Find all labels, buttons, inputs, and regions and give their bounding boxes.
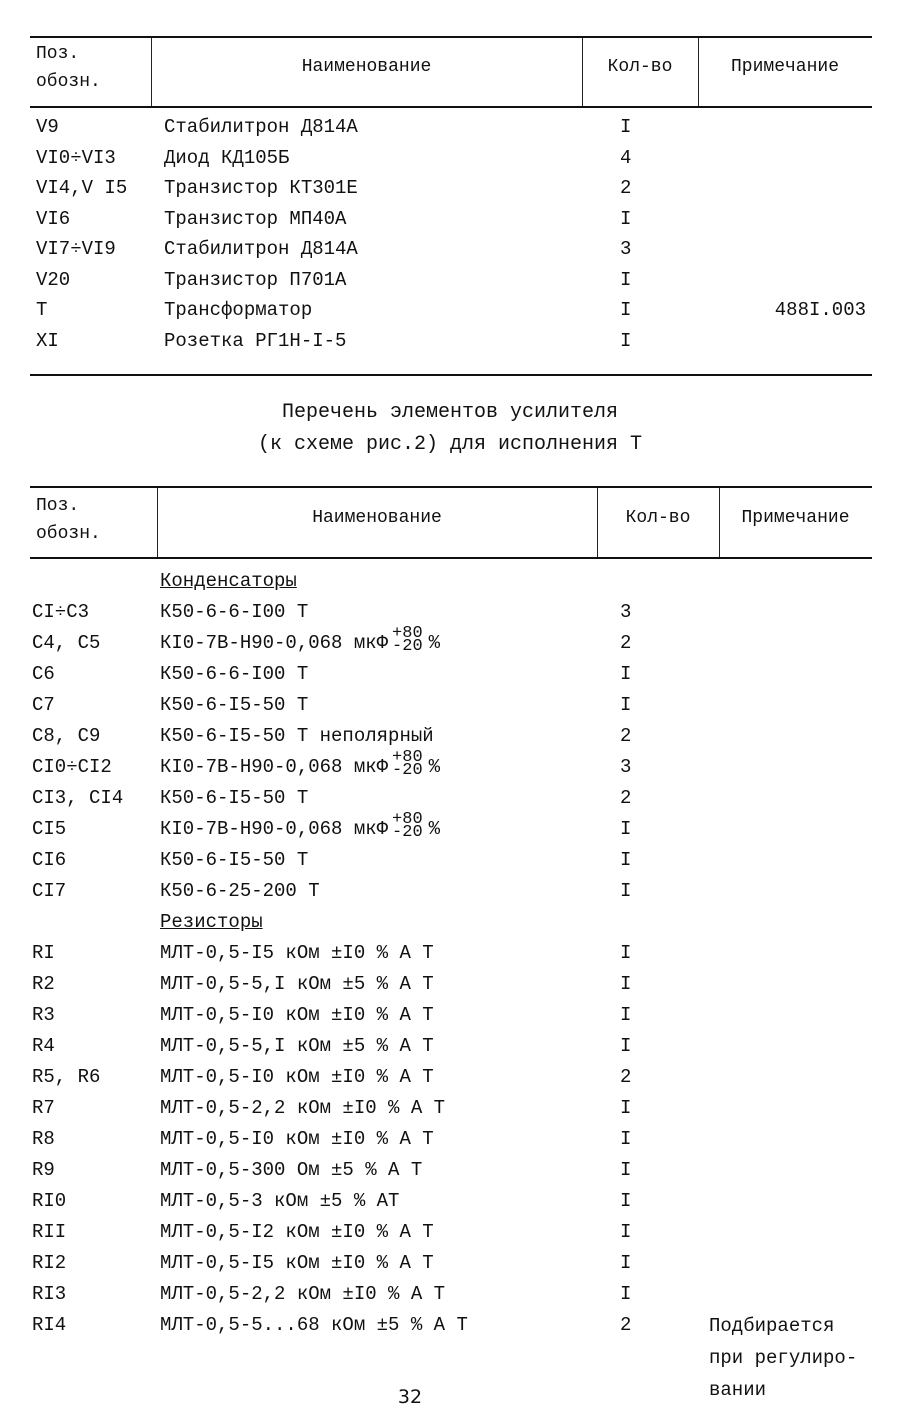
table-row: V9Стабилитрон Д814АI	[30, 112, 872, 142]
cell-name: КI0-7В-Н90-0,068 мкФ+80-20%	[160, 752, 440, 782]
cell-name: Трансформатор	[164, 295, 312, 325]
cell-pos: RII	[32, 1217, 66, 1247]
name-text: К50-6-6-I00 Т	[160, 601, 308, 623]
table-row: TТрансформаторI488I.003	[30, 295, 872, 325]
name-text: МЛТ-0,5-I0 кОм ±I0 % А Т	[160, 1004, 434, 1026]
cell-qty: I	[620, 659, 631, 689]
caption-line-2: (к схеме рис.2) для исполнения Т	[0, 430, 900, 460]
cell-qty: 3	[620, 234, 631, 264]
cell-qty: I	[620, 1155, 631, 1185]
header-qty: Кол-во	[597, 504, 719, 532]
cell-name: Транзистор П701А	[164, 265, 346, 295]
table-2-header-rule	[30, 557, 872, 559]
cell-name: МЛТ-0,5-I5 кОм ±I0 % А Т	[160, 938, 434, 968]
cell-qty: I	[620, 814, 631, 844]
cell-name: Транзистор КТ301Е	[164, 173, 358, 203]
cell-pos: RI3	[32, 1279, 66, 1309]
header-name: Наименование	[151, 53, 582, 81]
cell-name: МЛТ-0,5-I0 кОм ±I0 % А Т	[160, 1000, 434, 1030]
cell-pos: R7	[32, 1093, 55, 1123]
section-heading-row: Резисторы	[30, 907, 872, 937]
table-row: R9МЛТ-0,5-300 Ом ±5 % А ТI	[30, 1155, 872, 1185]
name-text: КI0-7В-Н90-0,068 мкФ	[160, 818, 388, 840]
table-row: C4, C5КI0-7В-Н90-0,068 мкФ+80-20%2	[30, 628, 872, 658]
table-row: CI0÷CI2КI0-7В-Н90-0,068 мкФ+80-20%3	[30, 752, 872, 782]
cell-name: КI0-7В-Н90-0,068 мкФ+80-20%	[160, 814, 440, 844]
cell-name: К50-6-I5-50 Т	[160, 783, 308, 813]
table-row: XIРозетка РГ1Н-I-5I	[30, 326, 872, 356]
cell-pos: C6	[32, 659, 55, 689]
name-text: МЛТ-0,5-I5 кОм ±I0 % А Т	[160, 1252, 434, 1274]
cell-name: МЛТ-0,5-2,2 кОм ±I0 % А Т	[160, 1093, 445, 1123]
cell-pos: RI4	[32, 1310, 66, 1340]
cell-pos: R8	[32, 1124, 55, 1154]
name-text: МЛТ-0,5-2,2 кОм ±I0 % А Т	[160, 1283, 445, 1305]
cell-pos: VI4,V I5	[36, 173, 127, 203]
cell-qty: 2	[620, 628, 631, 658]
name-text: К50-6-I5-50 Т	[160, 787, 308, 809]
cell-name: МЛТ-0,5-5...68 кОм ±5 % А Т	[160, 1310, 468, 1340]
table-row: VI7÷VI9Стабилитрон Д814А3	[30, 234, 872, 264]
name-text: МЛТ-0,5-2,2 кОм ±I0 % А Т	[160, 1097, 445, 1119]
name-text: МЛТ-0,5-I0 кОм ±I0 % А Т	[160, 1066, 434, 1088]
cell-qty: I	[620, 326, 631, 356]
cell-pos: XI	[36, 326, 59, 356]
table-row: VI0÷VI3Диод КД105Б4	[30, 143, 872, 173]
tolerance-minus: -20	[392, 764, 423, 777]
cell-name: Стабилитрон Д814А	[164, 112, 358, 142]
table-row: RI4МЛТ-0,5-5...68 кОм ±5 % А Т2Подбирает…	[30, 1310, 872, 1340]
header-pos-line2: обозн.	[36, 520, 101, 548]
table-row: RI0МЛТ-0,5-3 кОм ±5 % АТI	[30, 1186, 872, 1216]
table-row: CI÷C3К50-6-6-I00 Т3	[30, 597, 872, 627]
tolerance-minus: -20	[392, 826, 423, 839]
cell-pos: C8, C9	[32, 721, 100, 751]
table-row: C7К50-6-I5-50 ТI	[30, 690, 872, 720]
table-row: R8МЛТ-0,5-I0 кОм ±I0 % А ТI	[30, 1124, 872, 1154]
cell-name: Транзистор МП40А	[164, 204, 346, 234]
table-row: RIМЛТ-0,5-I5 кОм ±I0 % А ТI	[30, 938, 872, 968]
cell-qty: 2	[620, 721, 631, 751]
cell-pos: RI	[32, 938, 55, 968]
name-text: МЛТ-0,5-I5 кОм ±I0 % А Т	[160, 942, 434, 964]
table-row: CI6К50-6-I5-50 ТI	[30, 845, 872, 875]
cell-name: Розетка РГ1Н-I-5	[164, 326, 346, 356]
cell-qty: I	[620, 295, 631, 325]
table-1-bottom-rule	[30, 374, 872, 376]
name-text: К50-6-I5-50 Т	[160, 694, 308, 716]
cell-qty: I	[620, 112, 631, 142]
tolerance-fraction: +80-20	[392, 751, 423, 777]
cell-name: К50-6-25-200 Т	[160, 876, 320, 906]
cell-pos: VI0÷VI3	[36, 143, 116, 173]
table-row: VI6Транзистор МП40АI	[30, 204, 872, 234]
cell-name: К50-6-6-I00 Т	[160, 597, 308, 627]
cell-qty: I	[620, 1217, 631, 1247]
table-row: CI5КI0-7В-Н90-0,068 мкФ+80-20%I	[30, 814, 872, 844]
cell-pos: C7	[32, 690, 55, 720]
table-row: R4МЛТ-0,5-5,I кОм ±5 % А ТI	[30, 1031, 872, 1061]
cell-qty: I	[620, 204, 631, 234]
cell-pos: V20	[36, 265, 70, 295]
table-2: Поз. обозн. Наименование Кол-во Примечан…	[30, 486, 872, 1386]
cell-qty: 4	[620, 143, 631, 173]
header-note: Примечание	[698, 53, 872, 81]
section-heading: Конденсаторы	[160, 566, 297, 596]
cell-pos: CI7	[32, 876, 66, 906]
cell-qty: 2	[620, 173, 631, 203]
page-number: 32	[0, 1386, 820, 1408]
cell-qty: I	[620, 876, 631, 906]
header-pos-line1: Поз.	[36, 40, 101, 68]
table-row: CI3, CI4К50-6-I5-50 Т2	[30, 783, 872, 813]
table-row: CI7К50-6-25-200 ТI	[30, 876, 872, 906]
header-pos-line2: обозн.	[36, 68, 101, 96]
name-text: К50-6-6-I00 Т	[160, 663, 308, 685]
cell-qty: I	[620, 1000, 631, 1030]
name-text: МЛТ-0,5-I0 кОм ±I0 % А Т	[160, 1128, 434, 1150]
cell-qty: I	[620, 1124, 631, 1154]
cell-name: Диод КД105Б	[164, 143, 289, 173]
percent-sign: %	[429, 818, 440, 840]
cell-pos: RI0	[32, 1186, 66, 1216]
cell-pos: CI6	[32, 845, 66, 875]
cell-qty: I	[620, 845, 631, 875]
cell-qty: I	[620, 1031, 631, 1061]
cell-pos: CI5	[32, 814, 66, 844]
cell-name: МЛТ-0,5-2,2 кОм ±I0 % А Т	[160, 1279, 445, 1309]
percent-sign: %	[429, 632, 440, 654]
name-text: КI0-7В-Н90-0,068 мкФ	[160, 756, 388, 778]
tolerance-fraction: +80-20	[392, 627, 423, 653]
cell-name: МЛТ-0,5-3 кОм ±5 % АТ	[160, 1186, 399, 1216]
cell-name: МЛТ-0,5-300 Ом ±5 % А Т	[160, 1155, 422, 1185]
cell-qty: I	[620, 690, 631, 720]
cell-qty: I	[620, 969, 631, 999]
cell-qty: 3	[620, 752, 631, 782]
section-heading-row: Конденсаторы	[30, 566, 872, 596]
header-note: Примечание	[719, 504, 872, 532]
cell-pos: R5, R6	[32, 1062, 100, 1092]
cell-qty: I	[620, 1279, 631, 1309]
tolerance-minus: -20	[392, 640, 423, 653]
cell-pos: CI÷C3	[32, 597, 89, 627]
cell-name: МЛТ-0,5-I5 кОм ±I0 % А Т	[160, 1248, 434, 1278]
table-row: C6К50-6-6-I00 ТI	[30, 659, 872, 689]
cell-name: КI0-7В-Н90-0,068 мкФ+80-20%	[160, 628, 440, 658]
cell-qty: 2	[620, 1310, 631, 1340]
cell-qty: I	[620, 938, 631, 968]
table-row: RI2МЛТ-0,5-I5 кОм ±I0 % А ТI	[30, 1248, 872, 1278]
table-1-header-rule	[30, 106, 872, 108]
cell-name: К50-6-I5-50 Т	[160, 690, 308, 720]
cell-qty: I	[620, 265, 631, 295]
cell-name: МЛТ-0,5-I0 кОм ±I0 % А Т	[160, 1062, 434, 1092]
cell-pos: CI3, CI4	[32, 783, 123, 813]
cell-pos: RI2	[32, 1248, 66, 1278]
cell-name: МЛТ-0,5-5,I кОм ±5 % А Т	[160, 1031, 434, 1061]
header-pos: Поз. обозн.	[36, 40, 101, 96]
cell-name: МЛТ-0,5-I2 кОм ±I0 % А Т	[160, 1217, 434, 1247]
cell-name: К50-6-I5-50 Т	[160, 845, 308, 875]
table-row: R7МЛТ-0,5-2,2 кОм ±I0 % А ТI	[30, 1093, 872, 1123]
table-row: RI3МЛТ-0,5-2,2 кОм ±I0 % А ТI	[30, 1279, 872, 1309]
cell-qty: 2	[620, 783, 631, 813]
cell-name: К50-6-6-I00 Т	[160, 659, 308, 689]
table-1: Поз. обозн. Наименование Кол-во Примечан…	[30, 36, 872, 376]
cell-name: МЛТ-0,5-I0 кОм ±I0 % А Т	[160, 1124, 434, 1154]
caption-line-1: Перечень элементов усилителя	[0, 398, 900, 428]
cell-name: Стабилитрон Д814А	[164, 234, 358, 264]
table-row: RIIМЛТ-0,5-I2 кОм ±I0 % А ТI	[30, 1217, 872, 1247]
cell-pos: VI7÷VI9	[36, 234, 116, 264]
table-row: R3МЛТ-0,5-I0 кОм ±I0 % А ТI	[30, 1000, 872, 1030]
header-name: Наименование	[157, 504, 597, 532]
cell-qty: 2	[620, 1062, 631, 1092]
table-1-top-rule	[30, 36, 872, 38]
percent-sign: %	[429, 756, 440, 778]
name-text: МЛТ-0,5-300 Ом ±5 % А Т	[160, 1159, 422, 1181]
cell-name: К50-6-I5-50 Т неполярный	[160, 721, 434, 751]
name-text: МЛТ-0,5-5...68 кОм ±5 % А Т	[160, 1314, 468, 1336]
cell-pos: CI0÷CI2	[32, 752, 112, 782]
cell-pos: VI6	[36, 204, 70, 234]
cell-qty: I	[620, 1093, 631, 1123]
cell-qty: I	[620, 1248, 631, 1278]
cell-pos: C4, C5	[32, 628, 100, 658]
cell-pos: R3	[32, 1000, 55, 1030]
cell-qty: I	[620, 1186, 631, 1216]
section-heading: Резисторы	[160, 907, 263, 937]
table-row: VI4,V I5Транзистор КТ301Е2	[30, 173, 872, 203]
cell-note: 488I.003	[775, 295, 866, 325]
note-line: при регулиро-	[709, 1342, 857, 1374]
header-pos: Поз. обозн.	[36, 492, 101, 548]
tolerance-fraction: +80-20	[392, 813, 423, 839]
cell-pos: T	[36, 295, 47, 325]
note-line: Подбирается	[709, 1310, 857, 1342]
name-text: К50-6-25-200 Т	[160, 880, 320, 902]
table-row: R2МЛТ-0,5-5,I кОм ±5 % А ТI	[30, 969, 872, 999]
cell-pos: R4	[32, 1031, 55, 1061]
cell-qty: 3	[620, 597, 631, 627]
cell-pos: V9	[36, 112, 59, 142]
name-text: КI0-7В-Н90-0,068 мкФ	[160, 632, 388, 654]
table-row: R5, R6МЛТ-0,5-I0 кОм ±I0 % А Т2	[30, 1062, 872, 1092]
name-text: МЛТ-0,5-I2 кОм ±I0 % А Т	[160, 1221, 434, 1243]
cell-name: МЛТ-0,5-5,I кОм ±5 % А Т	[160, 969, 434, 999]
name-text: К50-6-I5-50 Т неполярный	[160, 725, 434, 747]
header-qty: Кол-во	[582, 53, 698, 81]
name-text: МЛТ-0,5-3 кОм ±5 % АТ	[160, 1190, 399, 1212]
header-pos-line1: Поз.	[36, 492, 101, 520]
name-text: МЛТ-0,5-5,I кОм ±5 % А Т	[160, 1035, 434, 1057]
name-text: МЛТ-0,5-5,I кОм ±5 % А Т	[160, 973, 434, 995]
table-row: C8, C9К50-6-I5-50 Т неполярный2	[30, 721, 872, 751]
cell-pos: R2	[32, 969, 55, 999]
name-text: К50-6-I5-50 Т	[160, 849, 308, 871]
cell-pos: R9	[32, 1155, 55, 1185]
table-row: V20Транзистор П701АI	[30, 265, 872, 295]
